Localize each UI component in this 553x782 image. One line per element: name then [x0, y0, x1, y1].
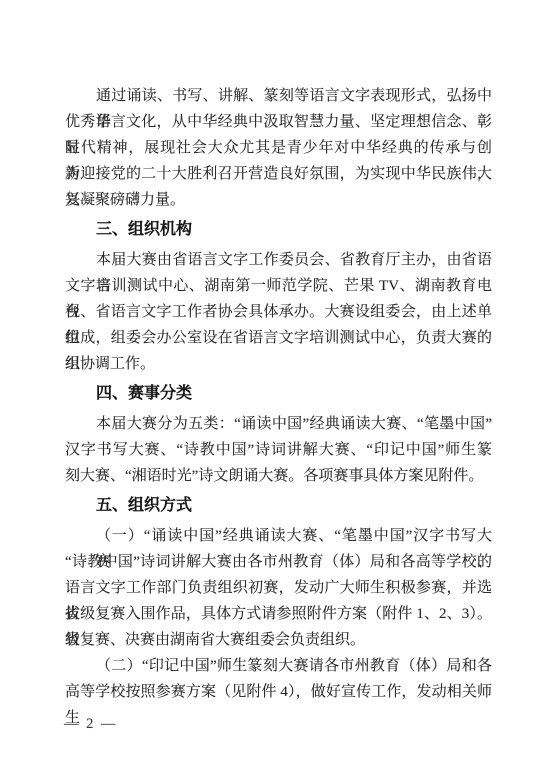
text-line: 本届大赛分为五类：“诵读中国”经典诵读大赛、“笔墨中国”: [65, 411, 492, 437]
paragraph-organization: 本届大赛由省语言文字工作委员会、省教育厅主办，由省语言 文字培训测试中心、湖南第…: [65, 247, 492, 377]
text-line: 时代精神，展现社会大众尤其是青少年对中华经典的传承与创新，: [65, 135, 492, 161]
paragraph-categories: 本届大赛分为五类：“诵读中国”经典诵读大赛、“笔墨中国” 汉字书写大赛、“诗教中…: [65, 411, 492, 489]
text-line: （一）“诵读中国”经典诵读大赛、“笔墨中国”汉字书写大赛、: [65, 523, 492, 549]
text-line: 通过诵读、书写、讲解、篆刻等语言文字表现形式，弘扬中华: [65, 83, 492, 109]
text-line: 汉字书写大赛、“诗教中国”诗词讲解大赛、“印记中国”师生篆: [65, 437, 492, 463]
text-line: 省级复赛入围作品，具体方式请参照附件方案（附件 1、2、3）。省: [65, 601, 492, 627]
text-line: 组成，组委会办公室设在省语言文字培训测试中心，负责大赛的组: [65, 325, 492, 351]
text-line: 文字培训测试中心、湖南第一师范学院、芒果 TV、湖南教育电视: [65, 273, 492, 299]
text-line: 优秀语言文化，从中华经典中汲取智慧力量、坚定理想信念、彰显: [65, 109, 492, 135]
paragraph-intro: 通过诵读、书写、讲解、篆刻等语言文字表现形式，弘扬中华 优秀语言文化，从中华经典…: [65, 83, 492, 213]
text-line: 为迎接党的二十大胜利召开营造良好氛围，为实现中华民族伟大复: [65, 161, 492, 187]
text-line: “诗教中国”诗词讲解大赛由各市州教育（体）局和各高等学校的: [65, 549, 492, 575]
text-line: 织协调工作。: [65, 351, 492, 377]
text-line: 本届大赛由省语言文字工作委员会、省教育厅主办，由省语言: [65, 247, 492, 273]
text-line: 语言文字工作部门负责组织初赛，发动广大师生积极参赛，并选拔: [65, 575, 492, 601]
paragraph-method-1: （一）“诵读中国”经典诵读大赛、“笔墨中国”汉字书写大赛、 “诗教中国”诗词讲解…: [65, 523, 492, 653]
section-heading-method: 五、组织方式: [65, 489, 492, 523]
page-number: — 2 —: [64, 716, 118, 733]
text-line: （二）“印记中国”师生篆刻大赛请各市州教育（体）局和各: [65, 653, 492, 679]
section-heading-organization: 三、组织机构: [65, 213, 492, 247]
document-body: 通过诵读、书写、讲解、篆刻等语言文字表现形式，弘扬中华 优秀语言文化，从中华经典…: [65, 83, 492, 705]
text-line: 兴凝聚磅礴力量。: [65, 187, 492, 213]
paragraph-method-2: （二）“印记中国”师生篆刻大赛请各市州教育（体）局和各 高等学校按照参赛方案（见…: [65, 653, 492, 705]
text-line: 台、省语言文字工作者协会具体承办。大赛设组委会，由上述单位: [65, 299, 492, 325]
section-heading-categories: 四、赛事分类: [65, 377, 492, 411]
text-line: 刻大赛、“湘语时光”诗文朗诵大赛。各项赛事具体方案见附件。: [65, 463, 492, 489]
text-line: 高等学校按照参赛方案（见附件 4），做好宣传工作，发动相关师生: [65, 679, 492, 705]
text-line: 级复赛、决赛由湖南省大赛组委会负责组织。: [65, 627, 492, 653]
document-page: 通过诵读、书写、讲解、篆刻等语言文字表现形式，弘扬中华 优秀语言文化，从中华经典…: [0, 0, 553, 782]
